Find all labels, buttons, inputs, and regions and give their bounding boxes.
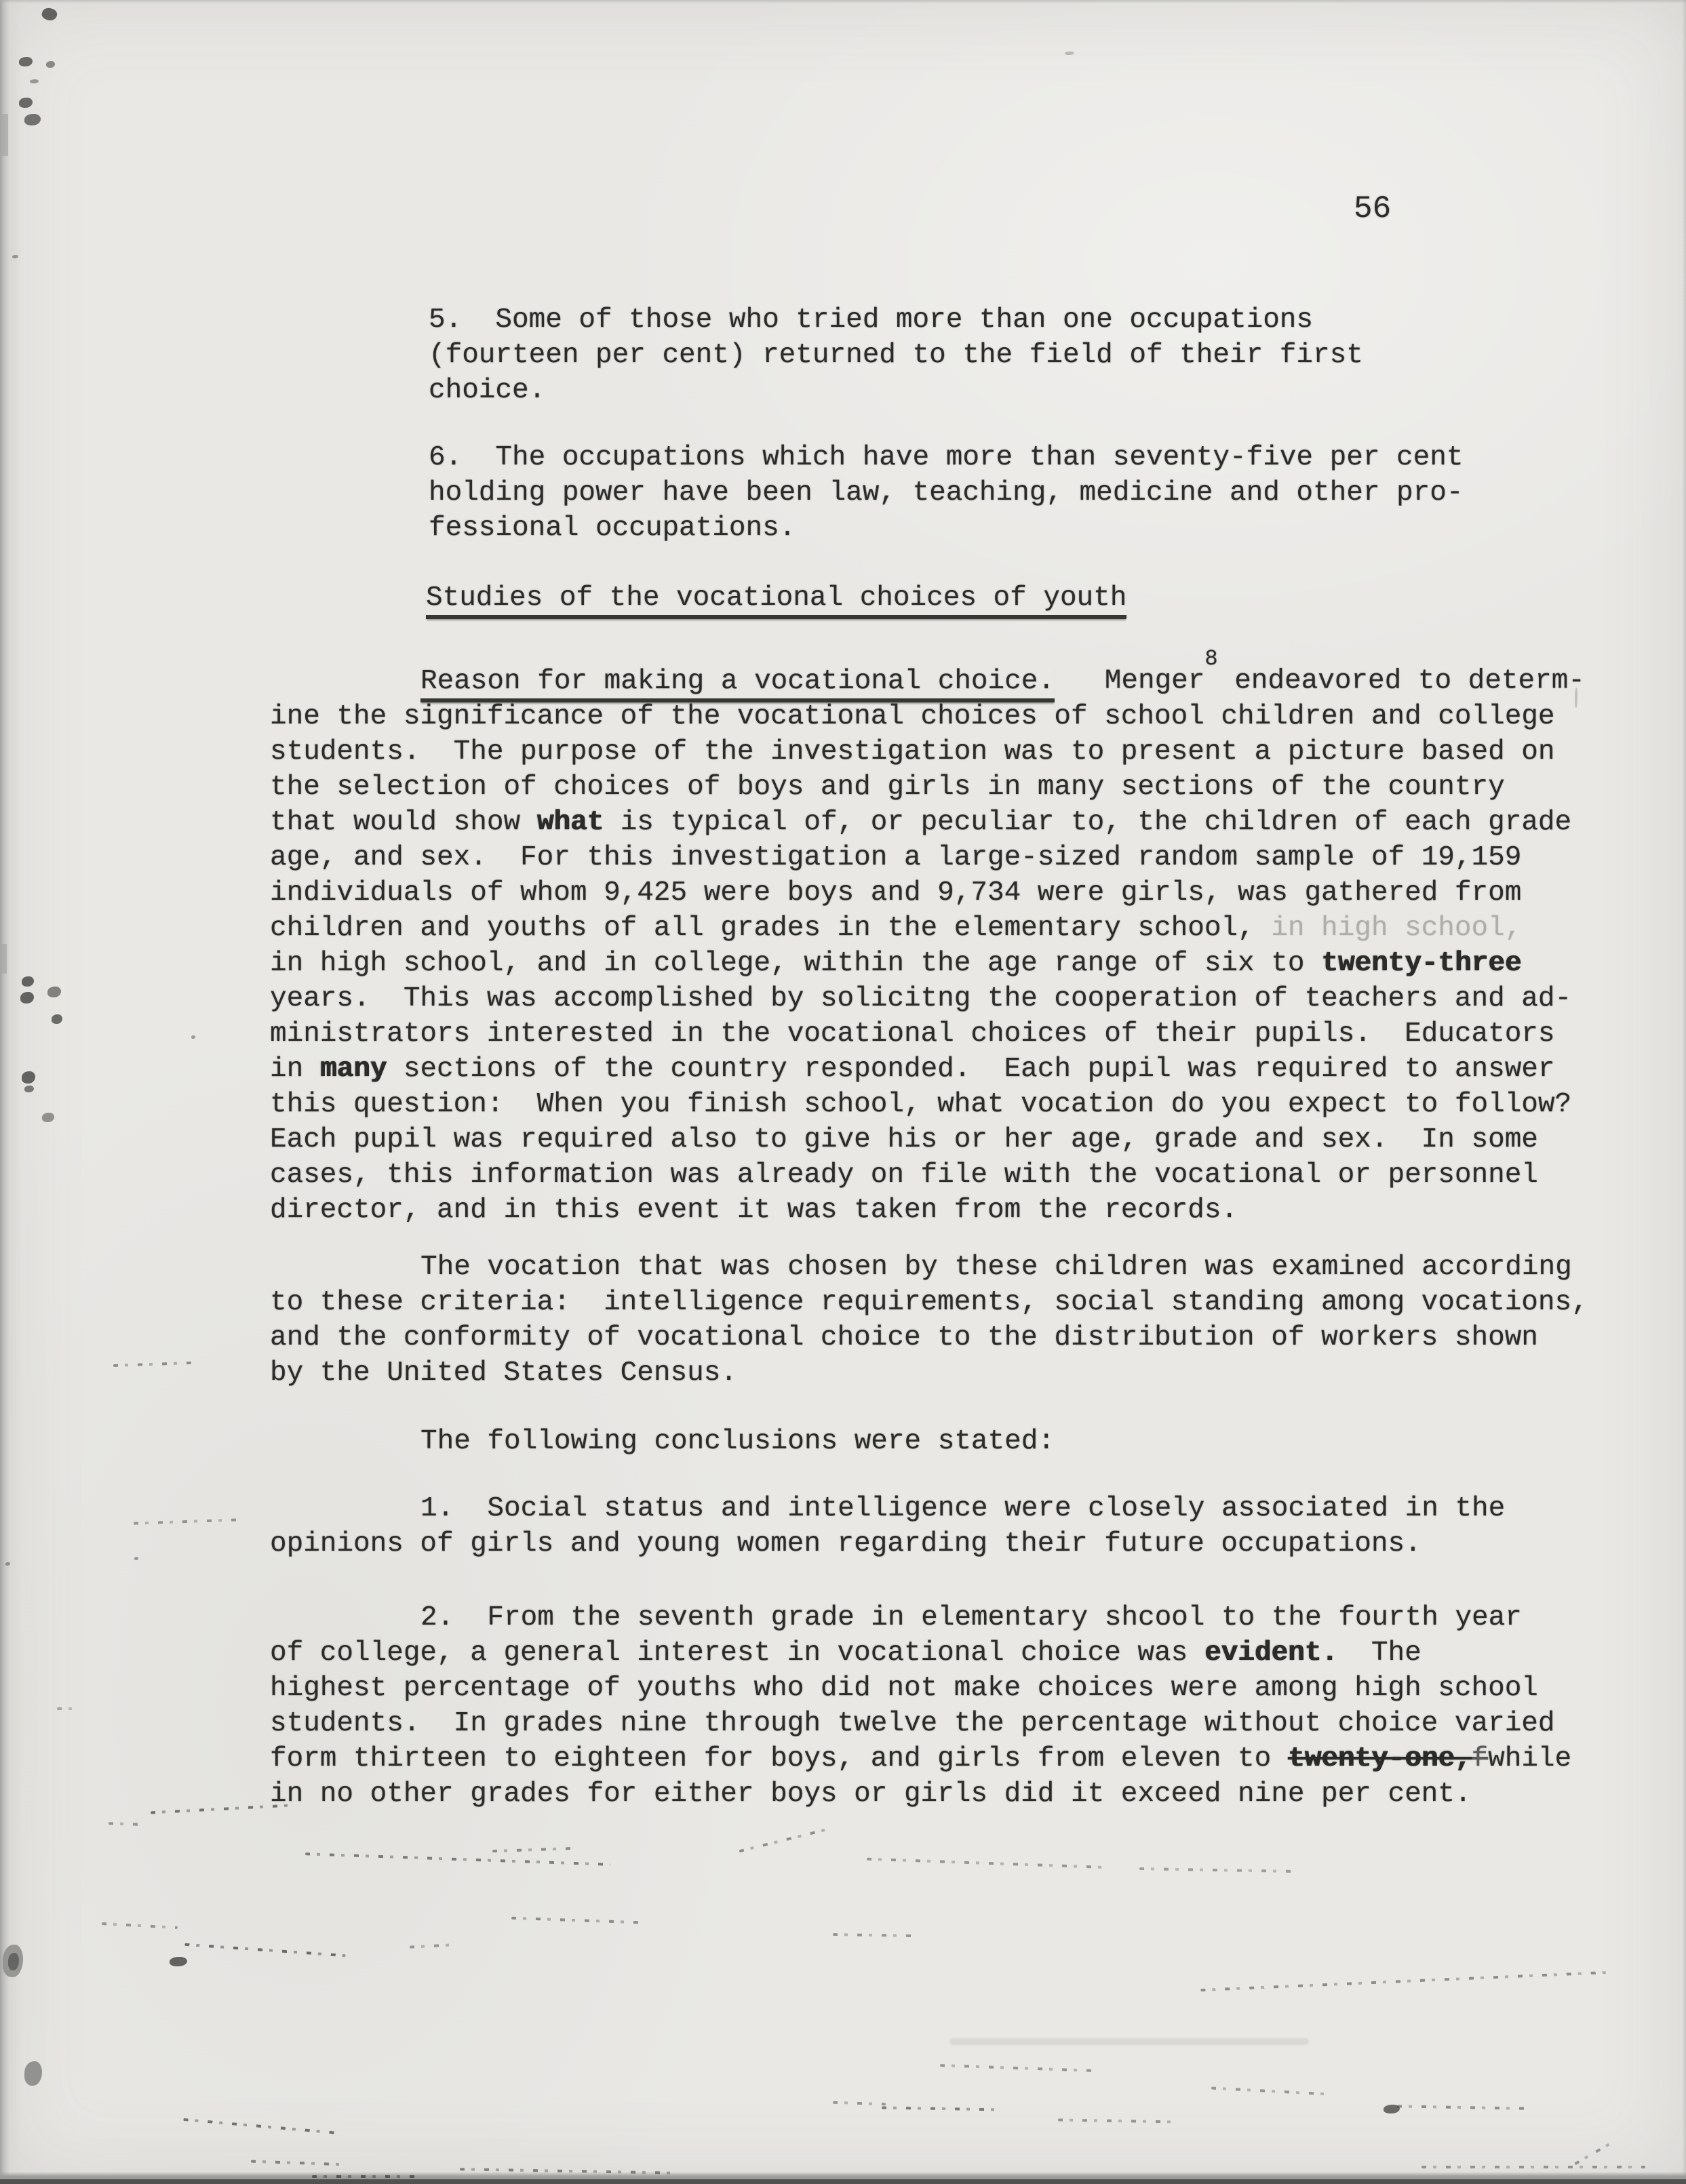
text-line: the selection of choices of boys and gir… [270,770,1585,805]
struck-character: f [1472,1743,1489,1774]
text-line: choice. [429,373,1363,408]
text-line: in many sections of the country responde… [270,1052,1585,1087]
faded-text-run: in high school, [1271,913,1521,944]
text-run: in [270,1054,320,1085]
text-line: age, and sex. For this investigation a l… [270,840,1585,875]
struck-over-word: twenty-one, [1288,1743,1472,1774]
text-run: is typical of, or peculiar to, the child… [604,807,1571,838]
ink-speck [19,57,33,66]
page-number: 56 [1354,191,1391,226]
blockquote-item-5: 5. Some of those who tried more than one… [429,302,1363,408]
text-line: in high school, and in college, within t… [270,946,1585,981]
section-heading-text: Studies of the vocational choices of you… [426,582,1126,619]
ink-speck [20,992,34,1004]
ink-smudge [833,2101,886,2106]
ink-speck [46,61,55,68]
ink-smudge [183,2118,340,2135]
text-run: endeavored to determ- [1218,666,1585,697]
ink-speck [24,1086,34,1092]
ink-smudge [1211,2087,1328,2096]
ink-smudge [1058,2118,1179,2123]
ink-smudge [109,1822,141,1826]
ink-smudge [251,2160,347,2166]
text-run: form thirteen to eighteen for boys, and … [270,1743,1288,1774]
text-line: (fourteen per cent) returned to the fiel… [429,338,1363,373]
ink-smudge [867,1858,1111,1869]
text-line: by the United States Census. [270,1355,1588,1391]
ink-speck [22,1071,35,1084]
torn-edge-mark [24,2061,42,2086]
ink-smudge [102,1922,178,1929]
text-line: opinions of girls and young women regard… [270,1526,1505,1562]
ink-speck [42,1113,54,1122]
text-run: while [1488,1743,1571,1774]
ink-smudge [57,1707,81,1710]
text-line: of college, a general interest in vocati… [270,1635,1571,1671]
ink-smudge [940,2064,1095,2072]
ink-smudge [739,1828,829,1853]
text-line: individuals of whom 9,425 were boys and … [270,875,1585,911]
ink-smudge [1200,1971,1607,1991]
ink-smudge [305,1852,610,1866]
run-in-heading: Reason for making a vocational choice. [420,666,1055,702]
ink-smudge [134,1518,241,1525]
section-heading: Studies of the vocational choices of you… [426,580,1126,616]
text-line: and the conformity of vocational choice … [270,1320,1588,1355]
overtyped-word: twenty-three [1321,948,1521,979]
footnote-reference: 8 [1204,646,1217,671]
ink-speck [170,1957,187,1966]
ink-speck [52,1014,62,1024]
paper-top-edge [0,0,1686,3]
paper-bottom-edge [0,2172,1686,2184]
text-run: of college, a general interest in vocati… [270,1637,1204,1669]
paper-left-edge [0,0,22,2184]
overtyped-word: many [320,1054,387,1085]
text-run: The [1338,1637,1422,1669]
ink-smudge [833,1933,914,1937]
ink-speck [24,114,41,125]
text-line: 5. Some of those who tried more than one… [429,302,1363,338]
overtyped-word: evident. [1204,1637,1338,1669]
paper-right-edge [1682,0,1686,2184]
text-run: children and youths of all grades in the… [270,913,1271,944]
text-run: sections of the country responded. Each … [387,1054,1554,1085]
text-line: director, and in this event it was taken… [270,1193,1585,1228]
text-run: in high school, and in college, within t… [270,948,1321,979]
text-line: in no other grades for either boys or gi… [270,1776,1571,1812]
text-line: cases, this information was already on f… [270,1157,1585,1193]
text-line: 2. From the seventh grade in elementary … [420,1600,1571,1635]
ink-smudge [882,2106,1002,2111]
scanned-document-page: 56 5. Some of those who tried more than … [0,0,1686,2184]
text-line: Each pupil was required also to give his… [270,1122,1585,1157]
ink-smudge [511,1917,639,1924]
text-line: The vocation that was chosen by these ch… [420,1250,1588,1285]
text-line: ine the significance of the vocational c… [270,699,1585,734]
ink-smudge [184,1943,346,1958]
text-line: this question: When you finish school, w… [270,1087,1585,1122]
paragraph-criteria: The vocation that was chosen by these ch… [270,1250,1588,1391]
ink-smudge [113,1362,191,1367]
text-line: holding power have been law, teaching, m… [429,475,1463,511]
ink-speck [30,79,39,83]
text-line: that would show what is typical of, or p… [270,805,1585,840]
ink-speck [134,1557,138,1560]
ink-smudge [1574,2142,1612,2165]
torn-edge-mark [0,114,8,156]
text-line: The following conclusions were stated: [420,1424,1055,1459]
text-line: fessional occupations. [429,511,1463,546]
text-line: to these criteria: intelligence requirem… [270,1285,1588,1320]
conclusion-item-2: 2. From the seventh grade in elementary … [270,1600,1571,1812]
text-run: that would show [270,807,537,838]
text-line: 6. The occupations which have more than … [429,440,1463,475]
ink-speck [19,98,33,108]
ink-smudge [151,1804,290,1814]
text-run: Menger [1055,666,1204,697]
ink-smudge [410,1943,452,1948]
torn-edge-mark [0,944,7,974]
ink-smudge [1422,2166,1645,2168]
text-line: 1. Social status and intelligence were c… [420,1491,1505,1526]
ink-smudge [492,1847,574,1852]
ink-speck [22,976,34,987]
overtyped-word: what [537,807,604,838]
paragraph-lead-line: Reason for making a vocational choice. M… [420,655,1585,699]
paragraph-menger-study: Reason for making a vocational choice. M… [270,655,1585,1228]
text-line: students. In grades nine through twelve … [270,1706,1571,1741]
conclusion-item-1: 1. Social status and intelligence were c… [270,1491,1505,1562]
ink-speck [191,1035,195,1039]
text-line: highest percentage of youths who did not… [270,1671,1571,1706]
text-line: ministrators interested in the vocationa… [270,1016,1585,1052]
ink-smudge [312,2175,419,2178]
blockquote-item-6: 6. The occupations which have more than … [429,440,1463,546]
text-line: students. The purpose of the investigati… [270,734,1585,770]
faint-smear [949,2038,1309,2045]
text-line: years. This was accomplished by solicitn… [270,981,1585,1016]
ink-speck [1065,52,1074,55]
ink-smudge [1139,1867,1295,1873]
text-line: form thirteen to eighteen for boys, and … [270,1741,1571,1776]
paragraph-conclusions-intro: The following conclusions were stated: [270,1424,1055,1459]
text-line: children and youths of all grades in the… [270,911,1585,946]
ink-speck [41,6,59,22]
ink-speck [47,987,61,997]
ink-smudge [1397,2105,1526,2109]
